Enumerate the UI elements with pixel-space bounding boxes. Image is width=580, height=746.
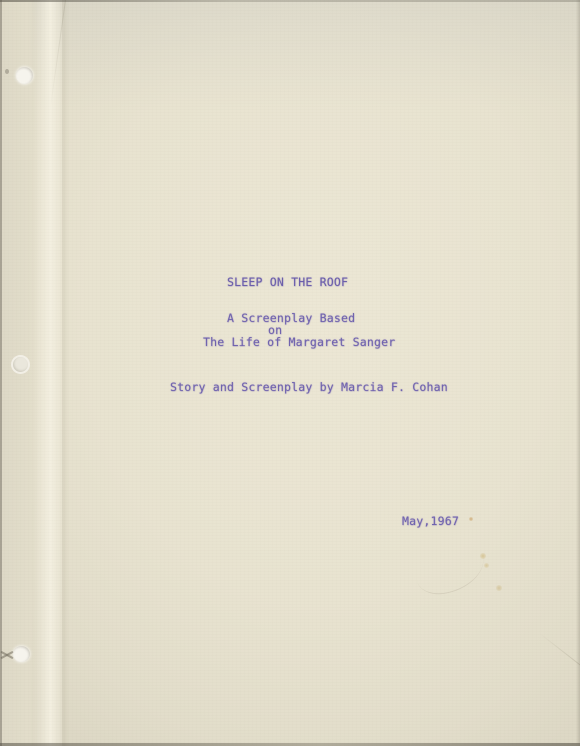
page-curl-highlight bbox=[34, 0, 64, 746]
scan-border-right bbox=[576, 0, 580, 746]
page-title: SLEEP ON THE ROOF bbox=[227, 276, 348, 288]
subtitle-line-1: A Screenplay Based bbox=[227, 312, 355, 324]
scan-border-top bbox=[0, 0, 580, 2]
subtitle-line-3: The Life of Margaret Sanger bbox=[203, 336, 395, 348]
punch-hole-bottom bbox=[13, 646, 30, 662]
faint-impression-mark bbox=[410, 537, 489, 600]
stain-spot bbox=[496, 585, 502, 591]
scan-border-left bbox=[0, 0, 2, 746]
paper-speck bbox=[5, 69, 9, 74]
punch-hole-middle bbox=[13, 357, 28, 372]
fastener-mark bbox=[0, 648, 14, 662]
byline: Story and Screenplay by Marcia F. Cohan bbox=[170, 381, 448, 393]
stain-spot bbox=[484, 563, 489, 568]
scanned-title-page: SLEEP ON THE ROOF A Screenplay Based on … bbox=[0, 0, 580, 746]
punch-hole-top bbox=[16, 67, 33, 84]
stain-spot bbox=[469, 517, 473, 521]
date-line: May,1967 bbox=[402, 515, 459, 527]
scan-top-shading bbox=[0, 0, 580, 120]
crease-bottom-right bbox=[539, 633, 580, 689]
stain-spot bbox=[480, 553, 486, 559]
page-left-edge-seam bbox=[62, 0, 69, 746]
